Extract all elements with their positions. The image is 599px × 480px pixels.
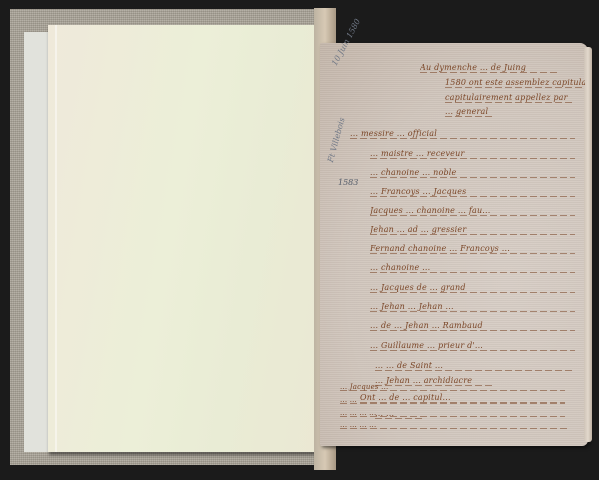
margin-folio-number: 1583 [338, 178, 358, 187]
margin-vertical-pencil: Ft Villebois [326, 117, 347, 164]
ms-line: ... maistre ... receveur [370, 149, 575, 161]
ms-line: ... general [445, 107, 495, 119]
ms-line: Jacques ... chanoine ... fau... [370, 206, 575, 218]
ms-line: ... ... [340, 396, 565, 406]
ms-line: 1580 ont este assemblez capitulairement [445, 78, 585, 90]
ms-line: Au dymenche ... de Juing [420, 63, 560, 75]
ms-line: ... messire ... official [350, 129, 575, 141]
blank-flyleaf-page [48, 25, 320, 452]
ms-line: ... Jehan ... Jehan ... [370, 302, 575, 314]
ms-line: ... Guillaume ... prieur d'... [370, 341, 575, 353]
ms-line: ... chanoine ... [370, 263, 575, 275]
ms-line: capitulairement appellez par [445, 93, 575, 105]
deckle-edge [584, 47, 592, 442]
ms-line: ... ... ... ... [340, 421, 570, 431]
ms-line: ... chanoine ... noble [370, 168, 575, 180]
ms-line: ... de ... Jehan ... Rambaud [370, 321, 575, 333]
ms-line: ... Jacques ... [340, 383, 565, 393]
ms-line: ... ... ... ... [340, 409, 565, 419]
ms-line: ... ... de Saint ... [375, 361, 575, 373]
ms-line: Fernand chanoine ... Francoys ... [370, 244, 575, 256]
ms-line: Jehan ... ad ... gressier [370, 225, 575, 237]
ms-line: ... Jacques de ... grand [370, 283, 575, 295]
ms-line: ... Francoys ... Jacques [370, 187, 575, 199]
flyleaf-fold-edge [55, 25, 57, 452]
